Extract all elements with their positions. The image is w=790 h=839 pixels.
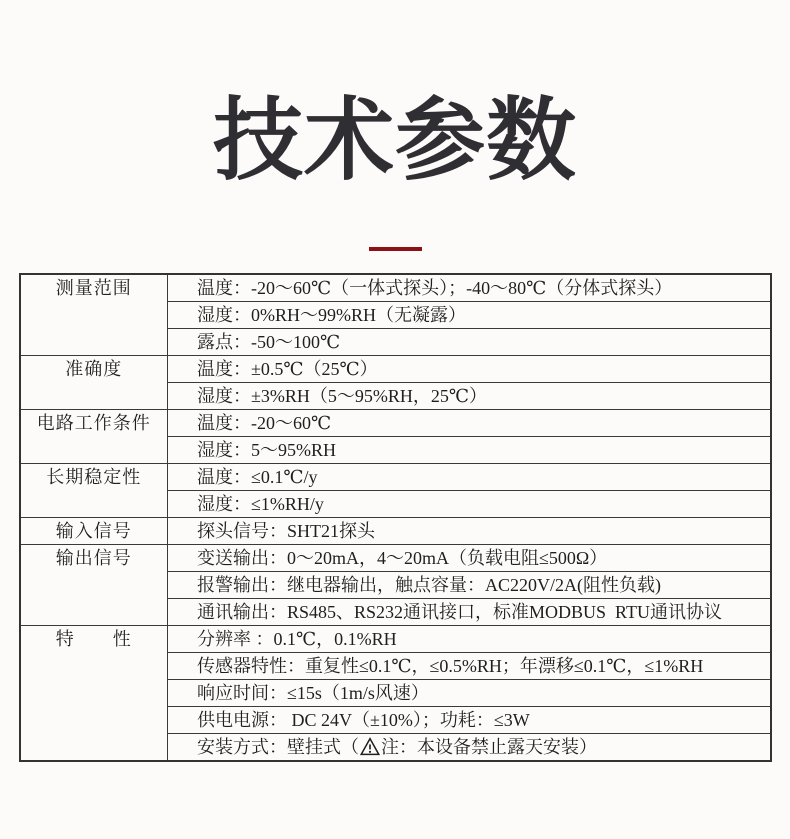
install-text-suffix: 注：本设备禁止露天安装） xyxy=(381,737,597,757)
spec-value: 通讯输出：RS485、RS232通讯接口，标准MODBUS RTU通讯协议 xyxy=(168,599,771,626)
spec-value: 湿度：±3%RH（5～95%RH，25℃） xyxy=(168,383,771,410)
spec-sheet-page: 技术参数 测量范围 温度：-20～60℃（一体式探头）；-40～80℃（分体式探… xyxy=(0,0,790,839)
title-divider xyxy=(369,247,422,251)
category-cell-accuracy: 准确度 xyxy=(20,356,168,410)
spec-value: 温度：≤0.1℃/y xyxy=(168,464,771,491)
spec-value: 探头信号：SHT21探头 xyxy=(168,518,771,545)
spec-value: 温度：±0.5℃（25℃） xyxy=(168,356,771,383)
category-cell-output-signal: 输出信号 xyxy=(20,545,168,626)
spec-value: 分辨率 ：0.1℃，0.1%RH xyxy=(168,626,771,653)
spec-row: 准确度 温度：±0.5℃（25℃） xyxy=(20,356,771,383)
spec-value: 温度：-20～60℃ xyxy=(168,410,771,437)
spec-row: 输出信号 变送输出：0～20mA，4～20mA（负载电阻≤500Ω） xyxy=(20,545,771,572)
spec-row: 电路工作条件 温度：-20～60℃ xyxy=(20,410,771,437)
spec-value: 报警输出：继电器输出，触点容量：AC220V/2A(阻性负载) xyxy=(168,572,771,599)
category-cell-characteristics: 特 性 xyxy=(20,626,168,762)
spec-row: 特 性 分辨率 ：0.1℃，0.1%RH xyxy=(20,626,771,653)
page-title: 技术参数 xyxy=(0,0,790,190)
spec-row: 输入信号 探头信号：SHT21探头 xyxy=(20,518,771,545)
category-cell-input-signal: 输入信号 xyxy=(20,518,168,545)
spec-value: 湿度：0%RH～99%RH（无凝露） xyxy=(168,302,771,329)
spec-value: 供电电源： DC 24V（±10%）；功耗：≤3W xyxy=(168,707,771,734)
spec-value: 温度：-20～60℃（一体式探头）；-40～80℃（分体式探头） xyxy=(168,274,771,302)
spec-row: 测量范围 温度：-20～60℃（一体式探头）；-40～80℃（分体式探头） xyxy=(20,274,771,302)
category-cell-circuit-conditions: 电路工作条件 xyxy=(20,410,168,464)
spec-value: 湿度：5～95%RH xyxy=(168,437,771,464)
spec-value-installation: 安装方式：壁挂式（注：本设备禁止露天安装） xyxy=(168,734,771,762)
spec-value: 湿度：≤1%RH/y xyxy=(168,491,771,518)
warning-triangle-icon xyxy=(360,737,380,756)
install-text-prefix: 安装方式：壁挂式（ xyxy=(197,737,359,757)
spec-value: 露点：-50～100℃ xyxy=(168,329,771,356)
spec-value: 响应时间：≤15s（1m/s风速） xyxy=(168,680,771,707)
spec-table: 测量范围 温度：-20～60℃（一体式探头）；-40～80℃（分体式探头） 湿度… xyxy=(19,273,772,762)
spec-value: 传感器特性：重复性≤0.1℃，≤0.5%RH；年漂移≤0.1℃，≤1%RH xyxy=(168,653,771,680)
category-cell-measurement-range: 测量范围 xyxy=(20,274,168,356)
spec-row: 长期稳定性 温度：≤0.1℃/y xyxy=(20,464,771,491)
category-cell-long-term-stability: 长期稳定性 xyxy=(20,464,168,518)
spec-value: 变送输出：0～20mA，4～20mA（负载电阻≤500Ω） xyxy=(168,545,771,572)
